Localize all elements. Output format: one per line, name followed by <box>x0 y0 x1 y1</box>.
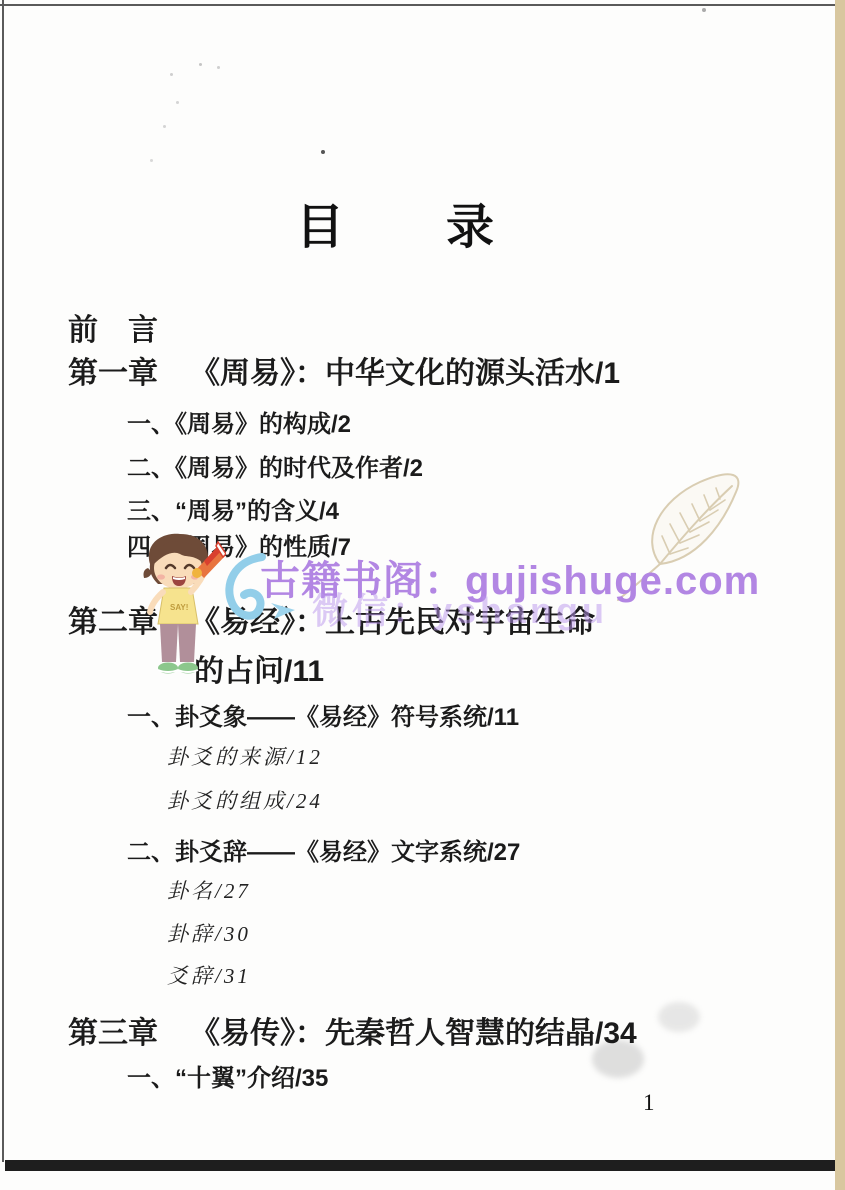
scan-speck <box>163 125 166 128</box>
toc-item: 爻辞/31 <box>167 960 251 990</box>
mascot-kid-megaphone: SAY! <box>134 530 226 694</box>
watermark-wechat-text: 微信：yshangu <box>312 583 608 634</box>
scanned-toc-page: 目 录 前 言 第一章《周易》：中华文化的源头活水/1 一、《周易》的构成/2 … <box>0 0 845 1190</box>
toc-item: 一、《周易》的构成/2 <box>127 404 351 439</box>
toc-chapter-1-heading: 第一章《周易》：中华文化的源头活水/1 <box>68 348 620 392</box>
scan-speck <box>176 101 179 104</box>
toc-item: 三、“周易”的含义/4 <box>127 491 339 526</box>
toc-item: 卦辞/30 <box>167 918 251 948</box>
page-number: 1 <box>643 1090 655 1116</box>
scan-speck <box>321 150 325 154</box>
toc-item: 卦爻的来源/12 <box>167 741 323 771</box>
scan-edge-bottom <box>5 1160 836 1171</box>
toc-item: 一、“十翼”介绍/35 <box>127 1058 328 1093</box>
page-title: 目 录 <box>296 188 496 257</box>
toc-item: 卦名/27 <box>167 875 251 905</box>
toc-item: 卦爻的组成/24 <box>167 785 323 815</box>
toc-item: 二、卦爻辞——《易经》文字系统/27 <box>127 832 520 867</box>
scan-edge-right <box>835 0 845 1190</box>
svg-text:SAY!: SAY! <box>170 603 188 612</box>
scan-speck <box>170 73 173 76</box>
toc-item: 二、《周易》的时代及作者/2 <box>127 448 423 483</box>
scan-edge-left <box>2 0 4 1162</box>
chapter-label: 第三章 <box>68 1017 158 1050</box>
chapter-title: 《易传》：先秦哲人智慧的结晶/34 <box>190 1017 637 1050</box>
scan-edge-top <box>0 4 838 6</box>
scan-smudge <box>658 1002 700 1032</box>
scan-speck <box>702 8 706 12</box>
scan-speck <box>217 66 220 69</box>
chapter-title: 《周易》：中华文化的源头活水/1 <box>190 357 620 390</box>
toc-item: 一、卦爻象——《易经》符号系统/11 <box>127 697 519 732</box>
toc-preface: 前 言 <box>68 305 158 349</box>
toc-chapter-3-heading: 第三章《易传》：先秦哲人智慧的结晶/34 <box>68 1008 637 1052</box>
chapter-label: 第一章 <box>68 357 158 390</box>
scan-speck <box>150 159 153 162</box>
scan-speck <box>199 63 202 66</box>
